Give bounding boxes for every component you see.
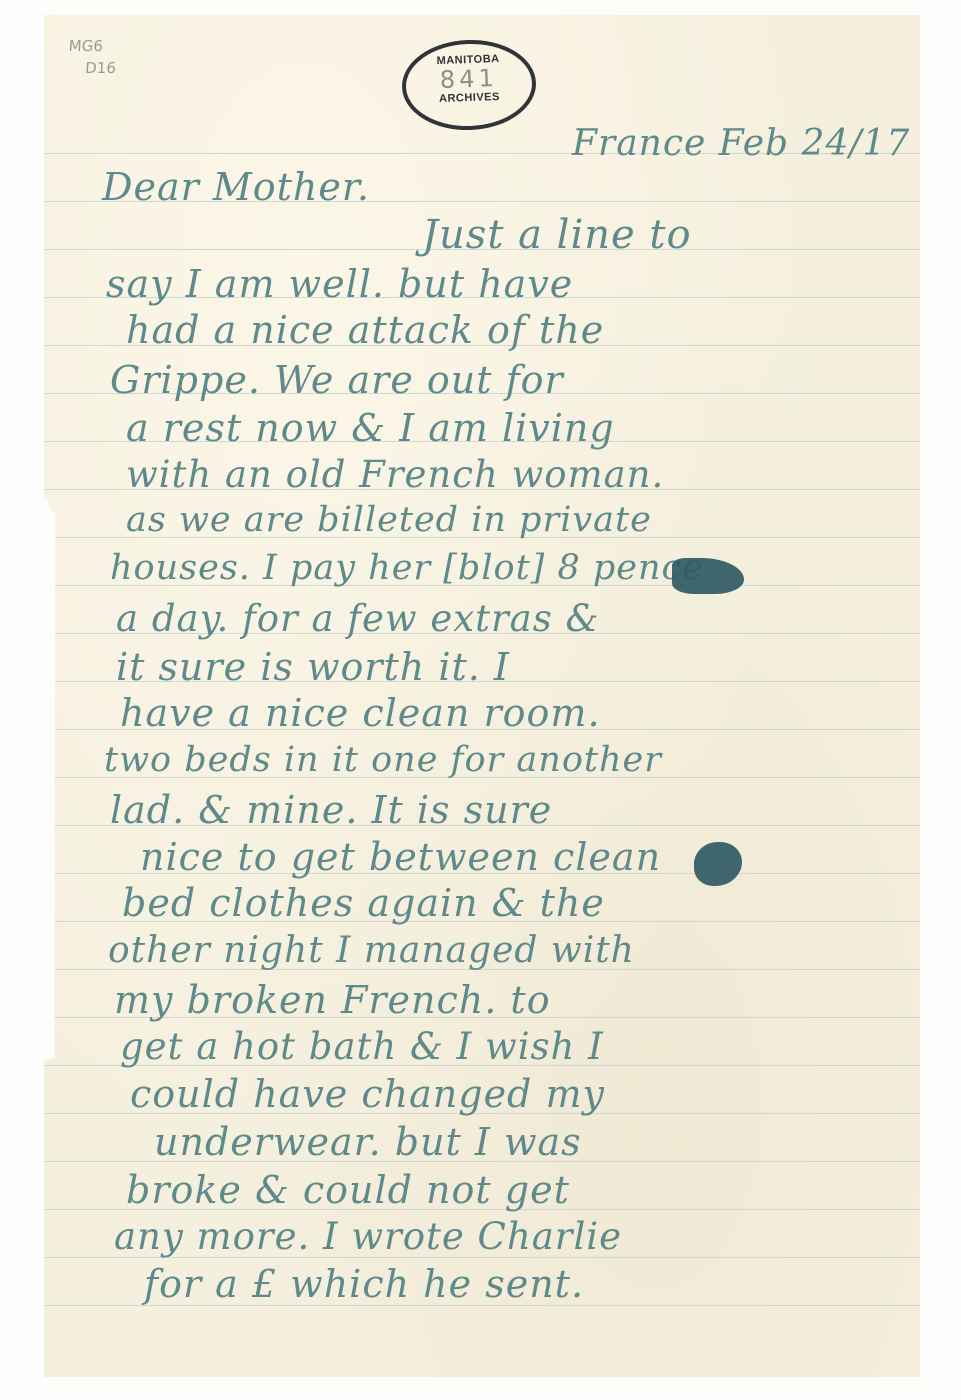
archives-stamp: MANITOBA 841 ARCHIVES bbox=[400, 38, 537, 133]
body-line: get a hot bath & I wish I bbox=[120, 1025, 604, 1068]
body-line: my broken French. to bbox=[114, 978, 551, 1022]
archive-ref-line: MG6 bbox=[68, 35, 118, 57]
body-line: say I am well. but have bbox=[106, 262, 573, 306]
body-line: broke & could not get bbox=[126, 1168, 570, 1212]
body-line: a rest now & I am living bbox=[126, 406, 615, 450]
body-line: have a nice clean room. bbox=[120, 691, 601, 735]
body-line: with an old French woman. bbox=[126, 453, 664, 496]
body-line: for a £ which he sent. bbox=[144, 1262, 584, 1306]
ink-blot bbox=[672, 558, 744, 594]
body-line: underwear. but I was bbox=[154, 1120, 582, 1164]
body-line: lad. & mine. It is sure bbox=[110, 788, 552, 832]
body-line: houses. I pay her [blot] 8 pence bbox=[110, 548, 704, 588]
body-line: Grippe. We are out for bbox=[110, 358, 564, 402]
dateline: France Feb 24/17 bbox=[572, 123, 910, 164]
body-line: two beds in it one for another bbox=[104, 740, 662, 780]
archive-reference: MG6 D16 bbox=[66, 35, 118, 79]
body-line: could have changed my bbox=[130, 1072, 605, 1116]
body-line: had a nice attack of the bbox=[126, 308, 604, 352]
body-line: as we are billeted in private bbox=[126, 500, 652, 540]
salutation: Dear Mother. bbox=[102, 165, 370, 209]
body-line: a day. for a few extras & bbox=[116, 597, 599, 640]
body-line: nice to get between clean bbox=[140, 835, 661, 879]
body-line: Just a line to bbox=[422, 212, 692, 258]
letter-page: MG6 D16 MANITOBA 841 ARCHIVES France Feb… bbox=[44, 15, 920, 1377]
ink-blot bbox=[694, 842, 742, 886]
body-line: bed clothes again & the bbox=[122, 881, 605, 925]
body-line: any more. I wrote Charlie bbox=[114, 1215, 622, 1258]
archive-ref-line: D16 bbox=[66, 57, 116, 79]
body-line: it sure is worth it. I bbox=[116, 645, 510, 689]
body-line: other night I managed with bbox=[108, 930, 635, 971]
